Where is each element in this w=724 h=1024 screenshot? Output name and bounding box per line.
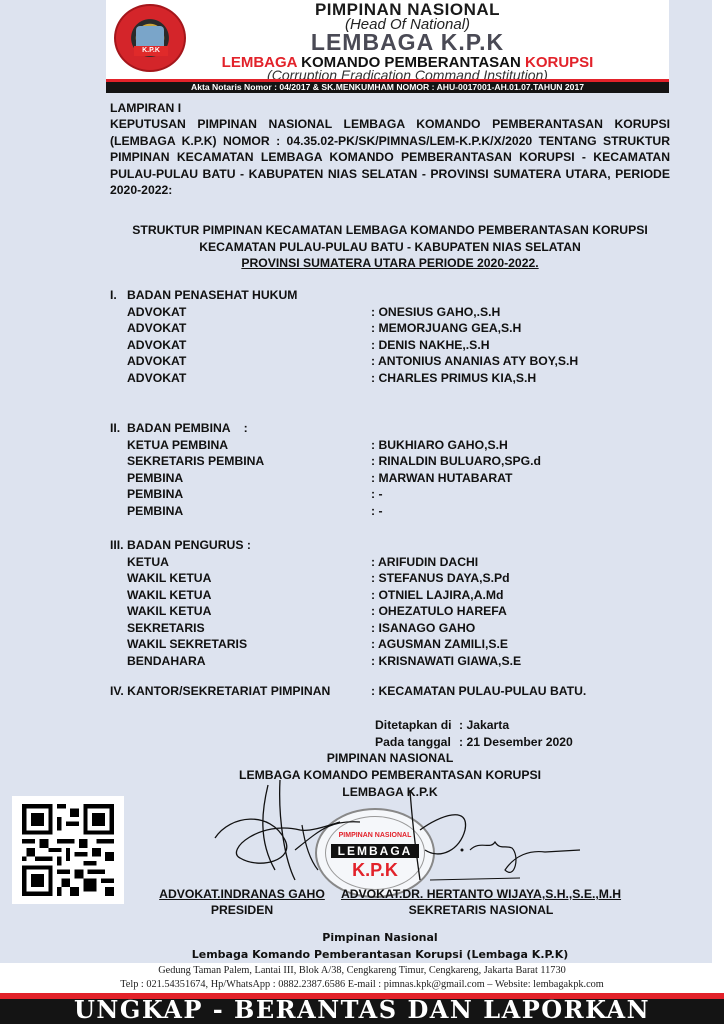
signature-header-line: LEMBAGA K.P.K bbox=[200, 784, 580, 801]
member-name: : ANTONIUS ANANIAS ATY BOY,S.H bbox=[371, 353, 578, 370]
section-number: I. bbox=[110, 287, 127, 304]
member-name: : OTNIEL LAJIRA,A.Md bbox=[371, 587, 503, 604]
member-row: KETUA PEMBINA: BUKHIARO GAHO,S.H bbox=[110, 437, 670, 454]
member-role: ADVOKAT bbox=[127, 353, 371, 370]
footer-org-line: Lembaga Komando Pemberantasan Korupsi (L… bbox=[150, 946, 610, 963]
member-name: : BUKHIARO GAHO,S.H bbox=[371, 437, 508, 454]
date-label: Pada tanggal bbox=[375, 734, 459, 751]
footer-organization: Pimpinan Nasional Lembaga Komando Pember… bbox=[150, 929, 610, 963]
section-title: BADAN PENGURUS : bbox=[127, 537, 251, 554]
member-row: WAKIL KETUA: OTNIEL LAJIRA,A.Md bbox=[110, 587, 670, 604]
stamp-text-bottom: K.P.K bbox=[317, 860, 433, 881]
section-office: IV. KANTOR/SEKRETARIAT PIMPINAN: KECAMAT… bbox=[110, 683, 670, 700]
member-role: ADVOKAT bbox=[127, 370, 371, 387]
member-role: WAKIL KETUA bbox=[127, 603, 371, 620]
member-role: KETUA bbox=[127, 554, 371, 571]
member-row: WAKIL KETUA: STEFANUS DAYA,S.Pd bbox=[110, 570, 670, 587]
member-row: ADVOKAT: DENIS NAKHE,.S.H bbox=[110, 337, 670, 354]
member-name: : OHEZATULO HAREFA bbox=[371, 603, 507, 620]
member-role: SEKRETARIS bbox=[127, 620, 371, 637]
stamp-text-top: PIMPINAN NASIONAL bbox=[317, 832, 433, 839]
member-row: ADVOKAT: MEMORJUANG GEA,S.H bbox=[110, 320, 670, 337]
page-edge bbox=[712, 0, 724, 963]
signer-president: ADVOKAT.INDRANAS GAHO PRESIDEN bbox=[158, 886, 326, 918]
address-line: Gedung Taman Palem, Lantai III, Blok A/3… bbox=[0, 964, 724, 978]
contact-line: Telp : 021.54351674, Hp/WhatsApp : 0882.… bbox=[0, 978, 724, 992]
signature-header-line: LEMBAGA KOMANDO PEMBERANTASAN KORUPSI bbox=[200, 767, 580, 784]
member-role: WAKIL KETUA bbox=[127, 570, 371, 587]
member-name: : CHARLES PRIMUS KIA,S.H bbox=[371, 370, 536, 387]
member-row: PEMBINA: MARWAN HUTABARAT bbox=[110, 470, 670, 487]
structure-title: STRUKTUR PIMPINAN KECAMATAN LEMBAGA KOMA… bbox=[120, 222, 660, 272]
member-row: KETUA: ARIFUDIN DACHI bbox=[110, 554, 670, 571]
slogan-text: UNGKAP - BERANTAS DAN LAPORKAN bbox=[0, 996, 724, 1024]
member-name: : ONESIUS GAHO,.S.H bbox=[371, 304, 500, 321]
signer-title: PRESIDEN bbox=[158, 902, 326, 918]
member-row: PEMBINA: - bbox=[110, 503, 670, 520]
member-role: PEMBINA bbox=[127, 470, 371, 487]
member-role: KETUA PEMBINA bbox=[127, 437, 371, 454]
signer-name: ADVOKAT.INDRANAS GAHO bbox=[158, 886, 326, 902]
section-legal-advisors: I.BADAN PENASEHAT HUKUM ADVOKAT: ONESIUS… bbox=[110, 287, 670, 386]
member-role: ADVOKAT bbox=[127, 304, 371, 321]
member-name: : - bbox=[371, 486, 383, 503]
date-value: : 21 Desember 2020 bbox=[459, 734, 573, 751]
issuance-details: Ditetapkan di: Jakarta Pada tanggal: 21 … bbox=[375, 717, 573, 751]
signer-name: ADVOKAT.DR. HERTANTO WIJAYA,S.H.,S.E.,M.… bbox=[340, 886, 622, 902]
structure-title-line: PROVINSI SUMATERA UTARA PERIODE 2020-202… bbox=[241, 256, 538, 270]
member-name: : MEMORJUANG GEA,S.H bbox=[371, 320, 521, 337]
member-row: WAKIL SEKRETARIS: AGUSMAN ZAMILI,S.E bbox=[110, 636, 670, 653]
document-intro: LAMPIRAN I KEPUTUSAN PIMPINAN NASIONAL L… bbox=[110, 100, 670, 198]
member-row: SEKRETARIS: ISANAGO GAHO bbox=[110, 620, 670, 637]
member-row: PEMBINA: - bbox=[110, 486, 670, 503]
member-name: : DENIS NAKHE,.S.H bbox=[371, 337, 490, 354]
member-row: ADVOKAT: ONESIUS GAHO,.S.H bbox=[110, 304, 670, 321]
member-name: : MARWAN HUTABARAT bbox=[371, 470, 513, 487]
section-title: BADAN PEMBINA : bbox=[127, 420, 248, 437]
office-label: IV. KANTOR/SEKRETARIAT PIMPINAN bbox=[110, 683, 371, 700]
section-title: BADAN PENASEHAT HUKUM bbox=[127, 287, 297, 304]
section-management-board: III.BADAN PENGURUS : KETUA: ARIFUDIN DAC… bbox=[110, 537, 670, 669]
office-value: : KECAMATAN PULAU-PULAU BATU. bbox=[371, 683, 586, 700]
member-row: ADVOKAT: CHARLES PRIMUS KIA,S.H bbox=[110, 370, 670, 387]
footer-org-line: Pimpinan Nasional bbox=[150, 929, 610, 946]
member-role: SEKRETARIS PEMBINA bbox=[127, 453, 371, 470]
member-role: WAKIL KETUA bbox=[127, 587, 371, 604]
structure-title-line: KECAMATAN PULAU-PULAU BATU - KABUPATEN N… bbox=[120, 239, 660, 256]
official-stamp: PIMPINAN NASIONAL LEMBAGA K.P.K bbox=[315, 808, 435, 898]
structure-title-line: STRUKTUR PIMPINAN KECAMATAN LEMBAGA KOMA… bbox=[120, 222, 660, 239]
member-name: : - bbox=[371, 503, 383, 520]
decision-text: KEPUTUSAN PIMPINAN NASIONAL LEMBAGA KOMA… bbox=[110, 116, 670, 198]
footer-address: Gedung Taman Palem, Lantai III, Blok A/3… bbox=[0, 964, 724, 991]
member-name: : KRISNAWATI GIAWA,S.E bbox=[371, 653, 521, 670]
letterhead-org: LEMBAGA K.P.K bbox=[106, 29, 669, 56]
member-name: : ISANAGO GAHO bbox=[371, 620, 475, 637]
signature-header: PIMPINAN NASIONAL LEMBAGA KOMANDO PEMBER… bbox=[200, 750, 580, 801]
lampiran-label: LAMPIRAN I bbox=[110, 100, 670, 116]
member-role: ADVOKAT bbox=[127, 337, 371, 354]
member-name: : AGUSMAN ZAMILI,S.E bbox=[371, 636, 508, 653]
member-role: BENDAHARA bbox=[127, 653, 371, 670]
member-row: BENDAHARA: KRISNAWATI GIAWA,S.E bbox=[110, 653, 670, 670]
member-name: : ARIFUDIN DACHI bbox=[371, 554, 478, 571]
signer-secretary: ADVOKAT.DR. HERTANTO WIJAYA,S.H.,S.E.,M.… bbox=[340, 886, 622, 918]
signer-title: SEKRETARIS NASIONAL bbox=[340, 902, 622, 918]
section-number: II. bbox=[110, 420, 127, 437]
place-label: Ditetapkan di bbox=[375, 717, 459, 734]
member-role: WAKIL SEKRETARIS bbox=[127, 636, 371, 653]
member-role: ADVOKAT bbox=[127, 320, 371, 337]
member-row: ADVOKAT: ANTONIUS ANANIAS ATY BOY,S.H bbox=[110, 353, 670, 370]
stamp-text-middle: LEMBAGA bbox=[331, 844, 419, 858]
member-role: PEMBINA bbox=[127, 503, 371, 520]
member-name: : RINALDIN BULUARO,SPG.d bbox=[371, 453, 541, 470]
section-number: III. bbox=[110, 537, 127, 554]
signature-header-line: PIMPINAN NASIONAL bbox=[200, 750, 580, 767]
qr-code-icon bbox=[12, 796, 124, 904]
place-value: : Jakarta bbox=[459, 717, 509, 734]
member-row: WAKIL KETUA: OHEZATULO HAREFA bbox=[110, 603, 670, 620]
letterhead: K.P.K PIMPINAN NASIONAL (Head Of Nationa… bbox=[106, 0, 669, 93]
member-row: SEKRETARIS PEMBINA: RINALDIN BULUARO,SPG… bbox=[110, 453, 670, 470]
member-name: : STEFANUS DAYA,S.Pd bbox=[371, 570, 510, 587]
letterhead-legal-bar: Akta Notaris Nomor : 04/2017 & SK.MENKUM… bbox=[106, 82, 669, 93]
member-role: PEMBINA bbox=[127, 486, 371, 503]
section-advisory-board: II.BADAN PEMBINA : KETUA PEMBINA: BUKHIA… bbox=[110, 420, 670, 519]
